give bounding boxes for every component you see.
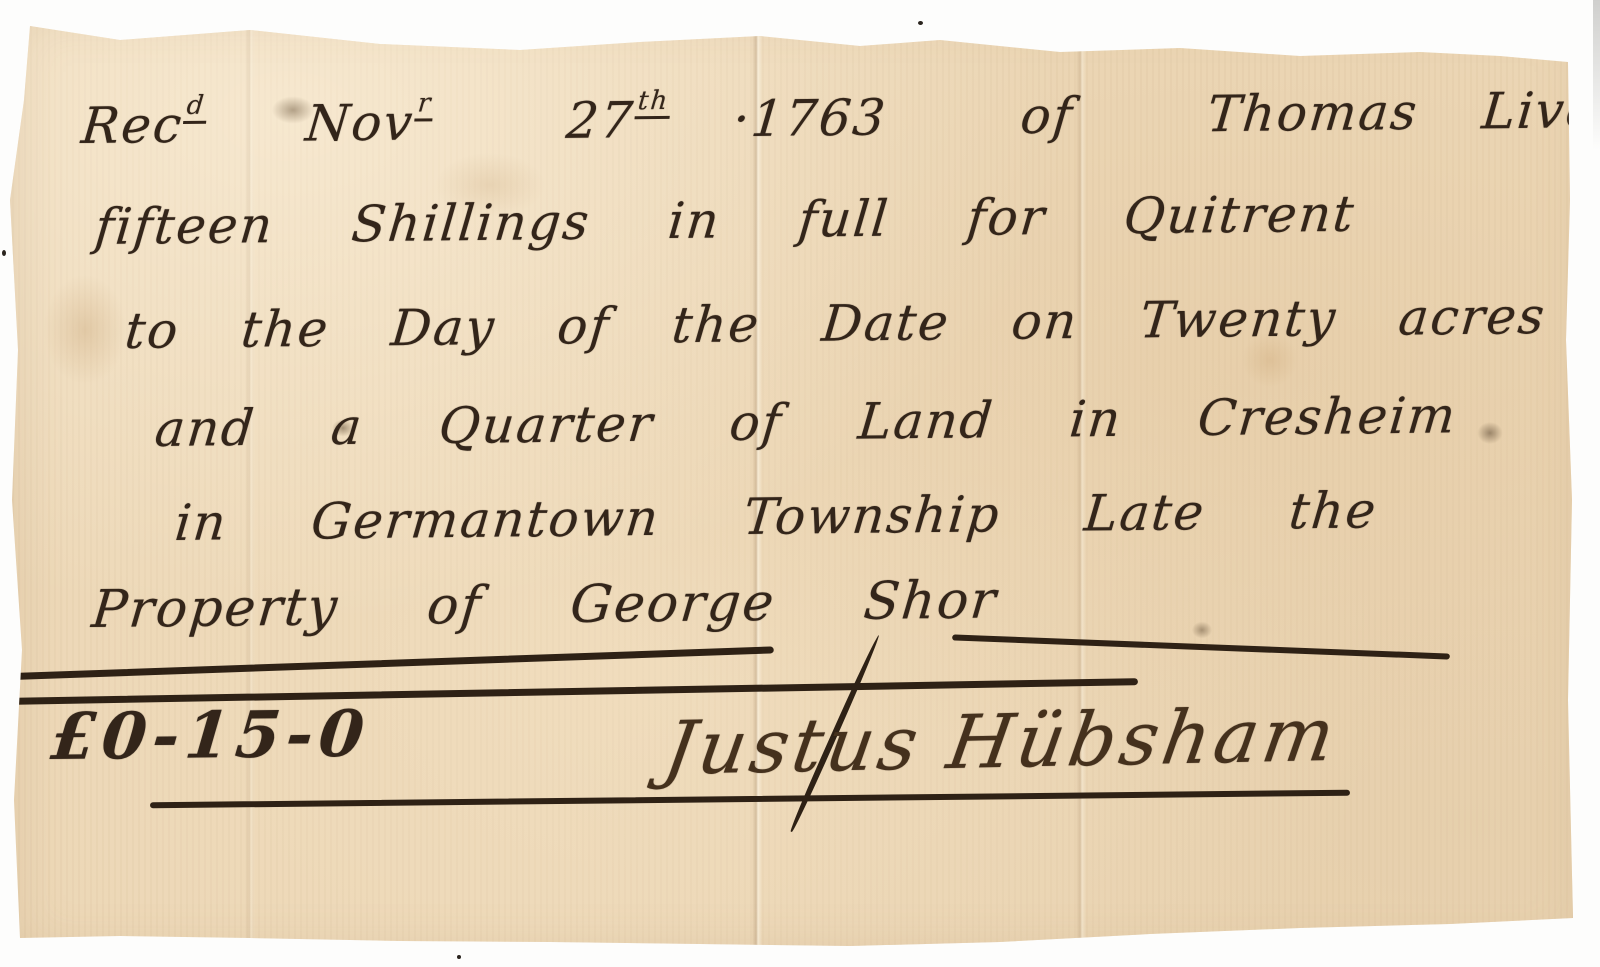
rule-under-property-line bbox=[0, 646, 774, 680]
year-number: ·1763 bbox=[731, 89, 890, 149]
stain bbox=[1190, 620, 1214, 640]
word-month: Nov bbox=[303, 94, 417, 153]
dust-speck bbox=[2, 250, 6, 256]
dash-after-name bbox=[952, 634, 1450, 659]
rule-below-amount bbox=[150, 790, 1350, 809]
line-former-owner: Property of George Shor bbox=[89, 571, 1000, 640]
line-amount-words: fifteen Shillings in full for Quitrent bbox=[93, 185, 1359, 256]
amount-pounds-shillings-pence: £0-15-0 bbox=[48, 697, 373, 775]
line-to-date: to the Day of the Date on Twenty acres bbox=[123, 287, 1549, 360]
payer-name: Thomas Livezey bbox=[1205, 80, 1600, 143]
scanned-receipt: Recd Novr 27th ·1763 of Thomas Livezey )… bbox=[0, 0, 1600, 967]
scanner-edge-shadow bbox=[1593, 0, 1600, 150]
superscript-r: r bbox=[414, 88, 436, 121]
day-number: 27 bbox=[564, 91, 637, 150]
line-land-description: and a Quarter of Land in Cresheim bbox=[153, 386, 1460, 458]
line-date-and-payer: Recd Novr 27th ·1763 of Thomas Livezey ) bbox=[79, 74, 1600, 155]
signature: Justus Hübsham bbox=[659, 692, 1344, 792]
superscript-d: d bbox=[183, 91, 209, 124]
dust-speck bbox=[457, 955, 461, 959]
paper-sheet: Recd Novr 27th ·1763 of Thomas Livezey )… bbox=[0, 0, 1600, 967]
stain bbox=[40, 270, 130, 390]
word-of: of bbox=[1018, 87, 1076, 146]
dust-speck bbox=[918, 21, 923, 25]
stain bbox=[1475, 420, 1505, 446]
word-received: Rec bbox=[79, 96, 186, 155]
superscript-th: th bbox=[634, 86, 672, 119]
fold-crease-right bbox=[1076, 0, 1086, 967]
line-township: in Germantown Township Late the bbox=[173, 481, 1381, 552]
